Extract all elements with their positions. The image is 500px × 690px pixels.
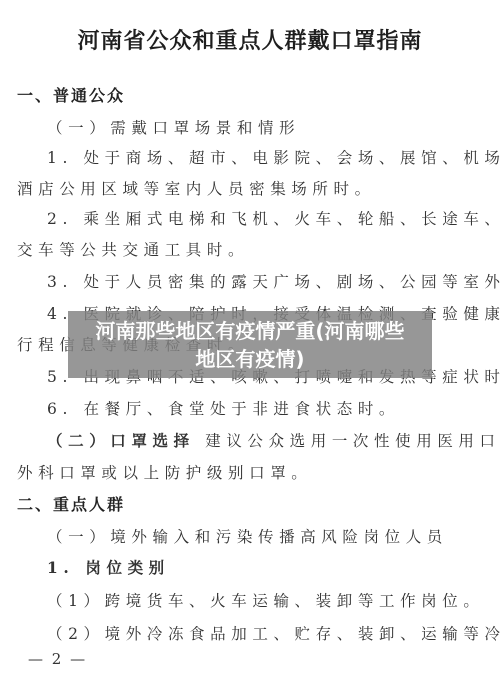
- subsection-heading-high-risk: （一）境外输入和污染传播高风险岗位人员: [47, 527, 477, 547]
- caption-line-1: 河南那些地区有疫情严重(河南哪些: [95, 317, 404, 345]
- paragraph-line-mask-selection: （二）口罩选择 建议公众选用一次性使用医用口罩、医用: [47, 431, 477, 451]
- paragraph-line: 3. 处于人员密集的露天广场、剧场、公园等室外场所时。: [47, 272, 477, 292]
- paragraph-text: 建议公众选用一次性使用医用口罩、医用: [195, 432, 500, 450]
- section-heading-general-public: 一、普通公众: [17, 86, 477, 106]
- caption-line-2: 地区有疫情): [195, 345, 304, 373]
- caption-overlay-banner: 河南那些地区有疫情严重(河南哪些 地区有疫情): [68, 311, 432, 378]
- subsection-heading-mask-scenarios: （一）需戴口罩场景和情形: [47, 118, 477, 138]
- paragraph-line: 交车等公共交通工具时。: [17, 240, 477, 260]
- paragraph-line: 外科口罩或以上防护级别口罩。: [17, 463, 477, 483]
- item-heading-job-categories: 1. 岗位类别: [47, 558, 477, 578]
- paragraph-line: 1. 处于商场、超市、电影院、会场、展馆、机场、码头和: [47, 148, 477, 168]
- paragraph-line: 6. 在餐厅、食堂处于非进食状态时。: [47, 399, 477, 419]
- paragraph-line: 2. 乘坐厢式电梯和飞机、火车、轮船、长途车、地铁、公: [47, 209, 477, 229]
- document-title: 河南省公众和重点人群戴口罩指南: [0, 24, 500, 55]
- paragraph-line: 酒店公用区域等室内人员密集场所时。: [17, 179, 477, 199]
- paragraph-line: （2）境外冷冻食品加工、贮存、装卸、运输等冷链运输岗: [47, 624, 477, 644]
- subsection-heading-mask-selection: （二）口罩选择: [47, 431, 195, 450]
- section-heading-key-groups: 二、重点人群: [17, 495, 477, 515]
- paragraph-line: （1）跨境货车、火车运输、装卸等工作岗位。: [47, 591, 477, 611]
- page-number: — 2 —: [28, 650, 87, 668]
